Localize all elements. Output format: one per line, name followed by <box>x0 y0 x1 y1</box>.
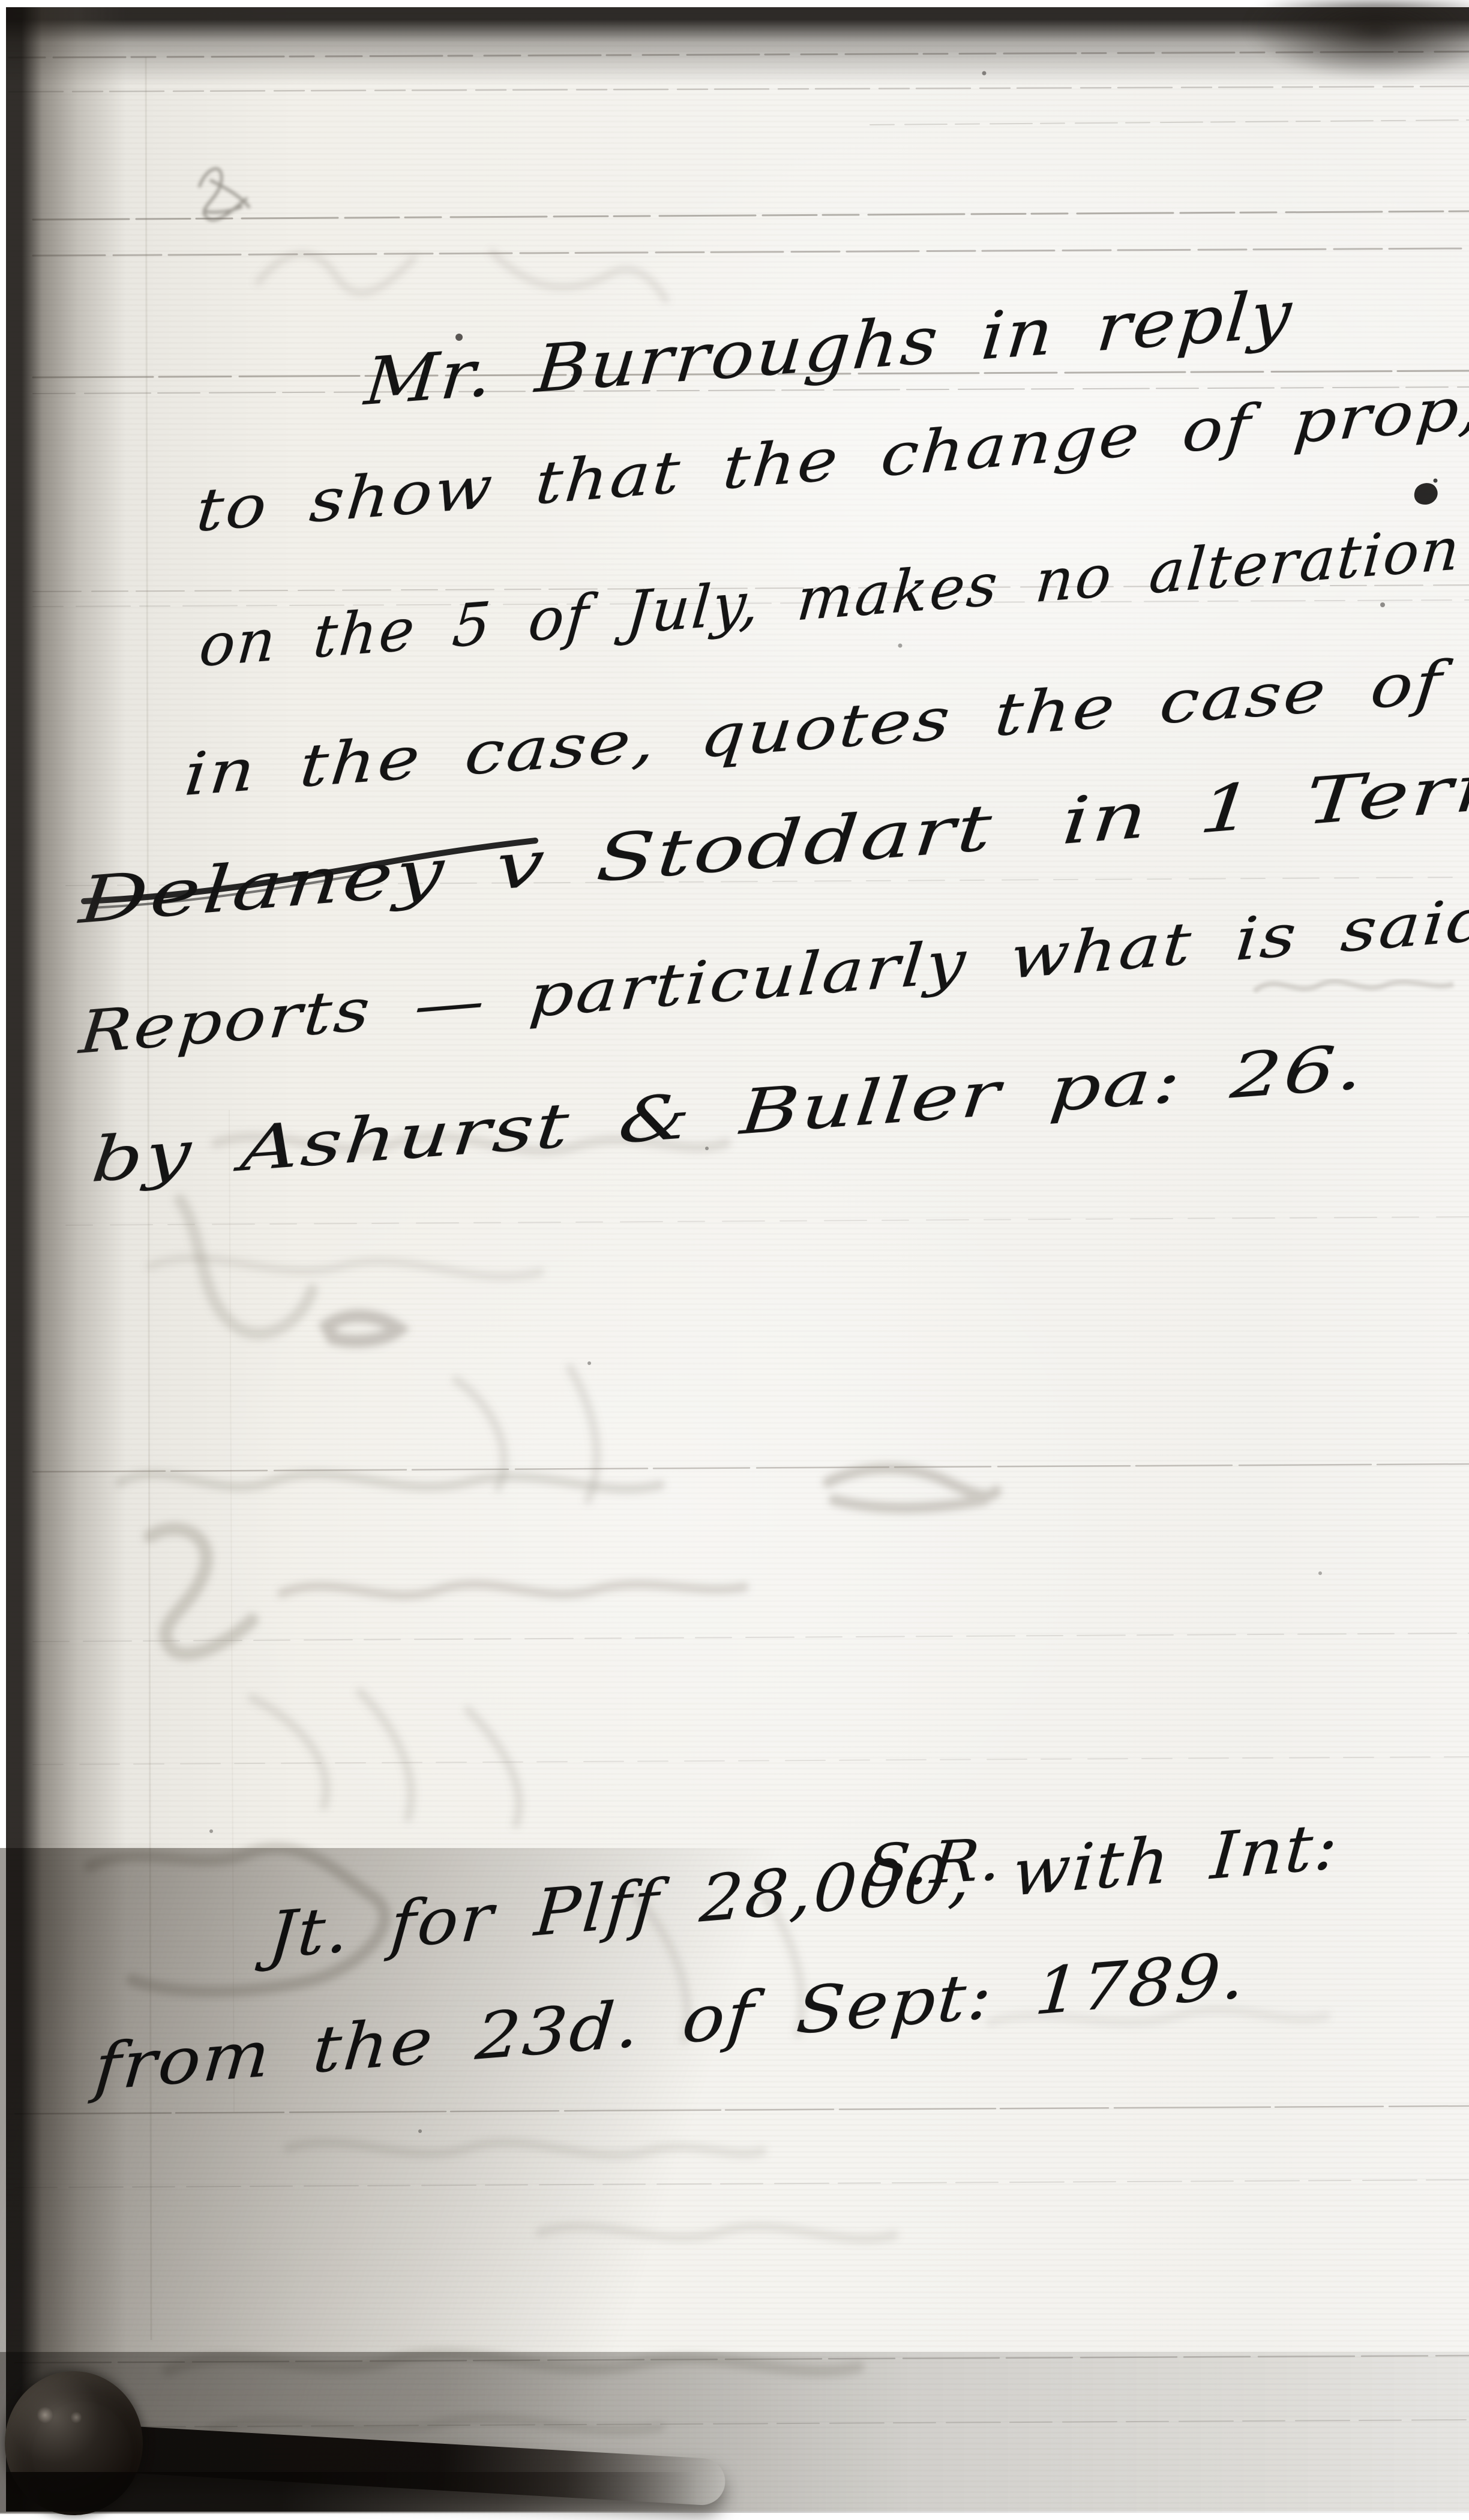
ink-details <box>0 0 1469 2520</box>
manuscript-scan: Mr. Burroughs in reply to show that the … <box>0 0 1469 2520</box>
dust-specks <box>209 71 1385 2134</box>
ink-blot <box>1414 479 1438 505</box>
case-name-underline <box>84 841 535 908</box>
pencil-doodle <box>199 169 250 220</box>
faint-annotation <box>1254 982 1453 991</box>
